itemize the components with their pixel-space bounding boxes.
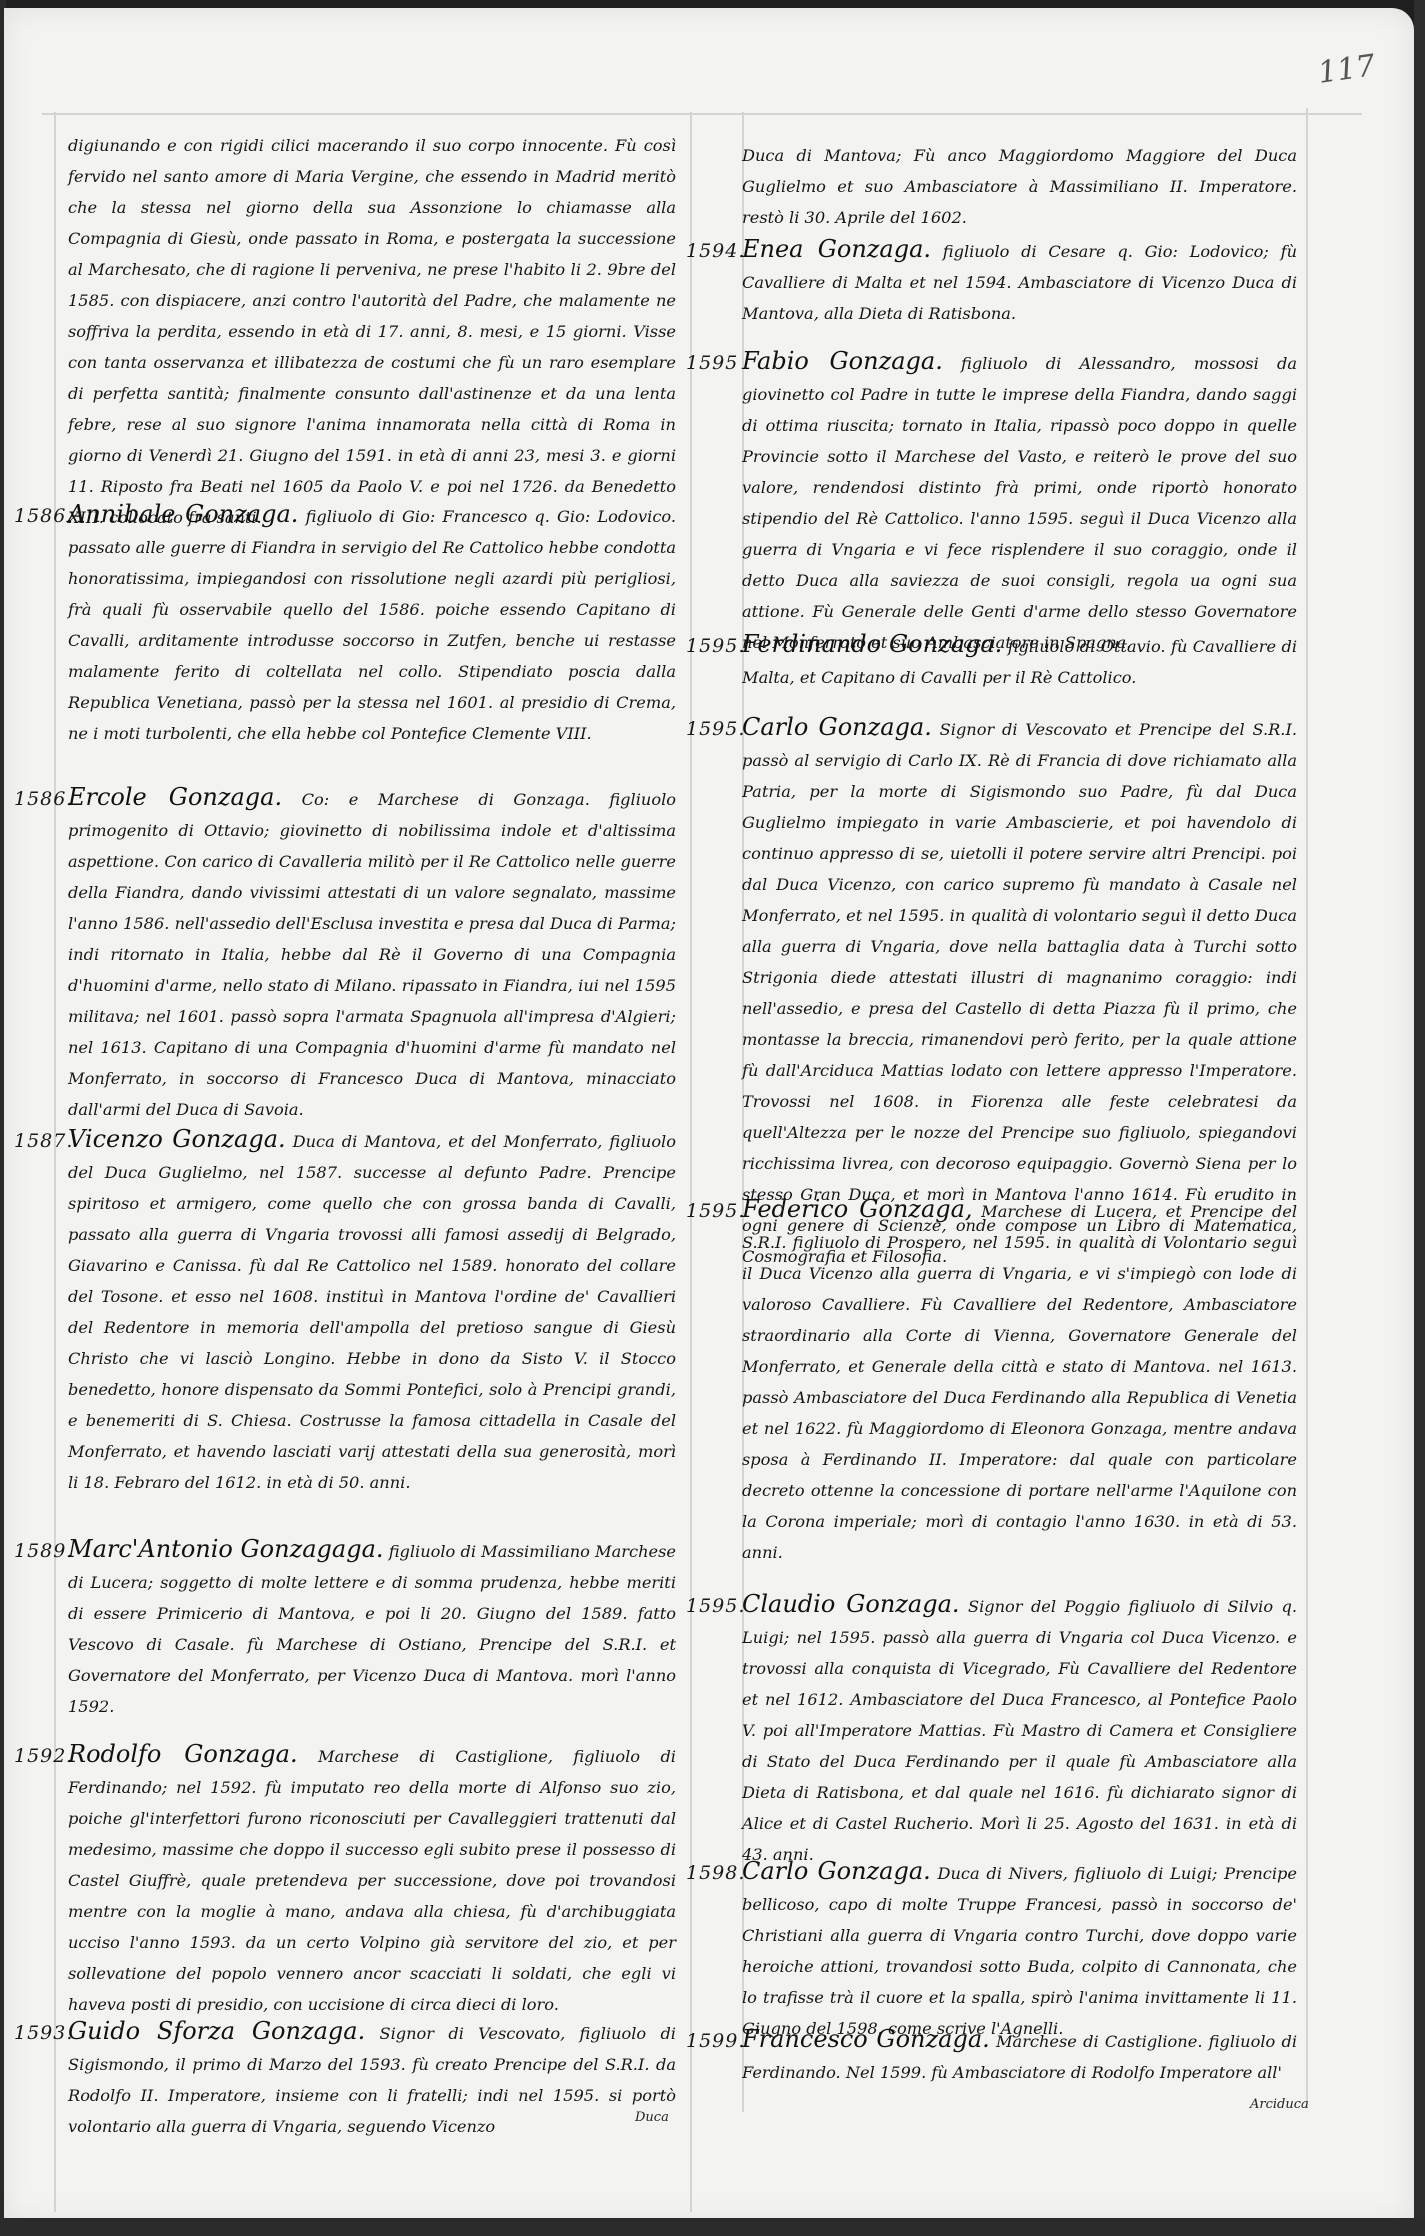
entry-year: 1594. [686, 240, 745, 262]
catchword-left: Duca [635, 2110, 669, 2125]
entry-text: Signor del Poggio figliuolo di Silvio q.… [742, 1597, 1297, 1864]
entry-text: figliuolo di Massimiliano Marchese di Lu… [68, 1542, 676, 1716]
entry-year: 1595. [686, 718, 745, 740]
entry-year: 1587. [14, 1130, 73, 1152]
right-column-right-rule [1306, 108, 1308, 2108]
entry-text: Duca di Nivers, figliuolo di Luigi; Pren… [742, 1864, 1297, 2038]
entry-name: Marc'Antonio Gonzagaga. [68, 1535, 384, 1563]
entry-text: figliuolo di Alessandro, mossosi da giov… [742, 354, 1297, 652]
entry-name: Federico Gonzaga, [742, 1195, 973, 1223]
entry-year: 1586. [14, 505, 73, 527]
entry-name: Rodolfo Gonzaga. [68, 1740, 298, 1768]
entry-name: Claudio Gonzaga. [742, 1590, 960, 1618]
entry-year: 1595 [686, 352, 738, 374]
entry-name: Guido Sforza Gonzaga. [68, 2017, 365, 2045]
right-column-continuation: Duca di Mantova; Fù anco Maggiordomo Mag… [742, 140, 1297, 233]
entry-year: 1589. [14, 1540, 73, 1562]
left-column-right-rule [690, 112, 692, 2212]
top-rule [42, 113, 1362, 115]
entry-text: Co: e Marchese di Gonzaga. figliuolo pri… [68, 790, 676, 1119]
entry-text: Marchese di Castiglione, figliuolo di Fe… [68, 1747, 676, 2014]
entry-name: Vicenzo Gonzaga. [68, 1125, 286, 1153]
scan-border-right [1414, 0, 1425, 2236]
entry-year: 1592. [14, 1745, 73, 1767]
entry-year: 1593. [14, 2022, 73, 2044]
entry-name: Ercole Gonzaga. [68, 783, 282, 811]
entry-name: Carlo Gonzaga. [742, 1857, 931, 1885]
entry-year: 1586. [14, 788, 73, 810]
entry-year: 1595. [686, 1200, 745, 1222]
catchword-right: Arciduca [1250, 2097, 1309, 2112]
entry-name: Fabio Gonzaga. [742, 347, 943, 375]
entry-year: 1595. [686, 1595, 745, 1617]
entry-name: Enea Gonzaga. [742, 235, 931, 263]
entry-year: 1598. [686, 1862, 745, 1884]
left-column-continuation: digiunando e con rigidi cilici macerando… [68, 130, 676, 533]
entry-text: figliuolo di Gio: Francesco q. Gio: Lodo… [68, 507, 676, 743]
entry-year: 1595. [686, 635, 745, 657]
left-column-margin-rule [54, 112, 56, 2212]
entry-name: Francesco Gonzaga. [742, 2025, 990, 2053]
entry-text: Marchese di Lucera, et Prencipe del S.R.… [742, 1202, 1297, 1562]
scan-border-bottom [0, 2218, 1425, 2236]
entry-text: Duca di Mantova, et del Monferrato, figl… [68, 1132, 676, 1492]
entry-year: 1599. [686, 2030, 745, 2052]
entry-text: Signor di Vescovato et Prencipe del S.R.… [742, 720, 1297, 1266]
entry-name: Carlo Gonzaga. [742, 713, 932, 741]
entry-name: Ferdinando Gonzaga. [742, 630, 1002, 658]
entry-name: Annibale Gonzaga. [68, 500, 298, 528]
